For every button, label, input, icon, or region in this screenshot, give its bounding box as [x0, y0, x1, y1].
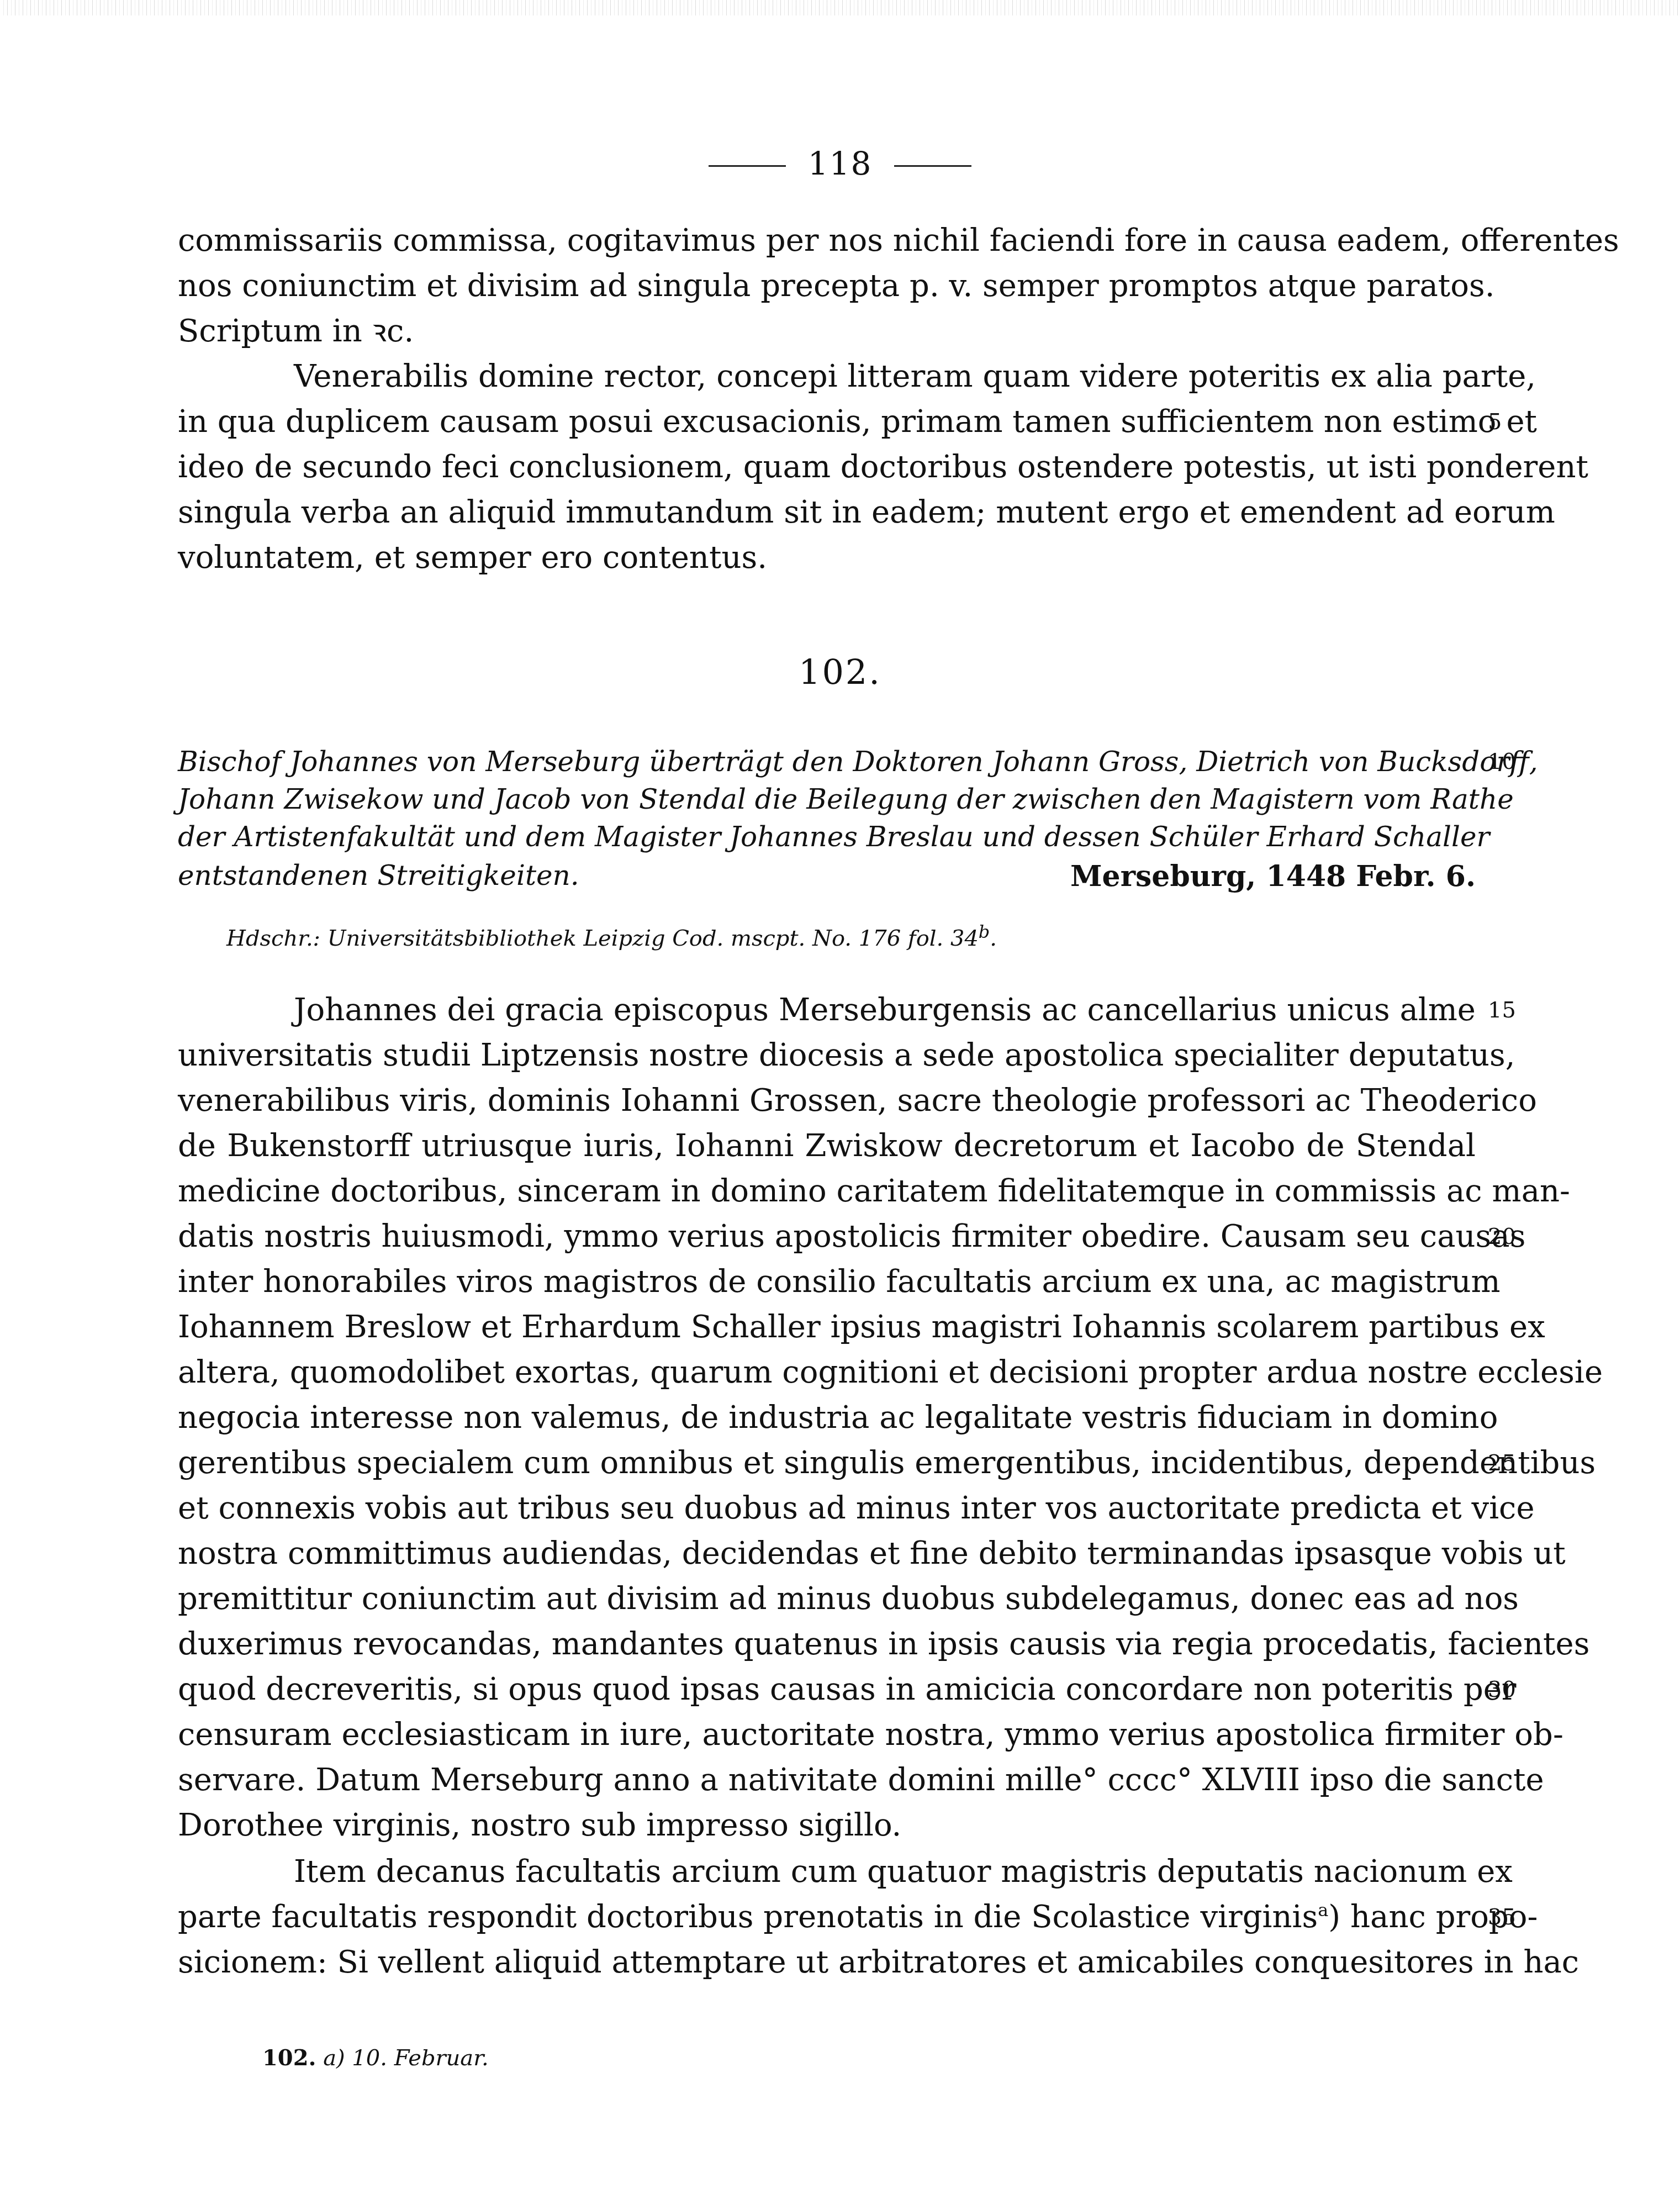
text-line: nos coniunctim et divisim ad singula pre… [178, 263, 1476, 309]
page-number-text: 118 [808, 145, 873, 182]
body-line: censuram ecclesiasticam in iure, auctori… [178, 1712, 1476, 1758]
text-line: voluntatem, et semper ero contentus. [178, 535, 1476, 581]
line-number: 10 [1488, 739, 1516, 784]
body-text: parte facultatis respondit doctoribus pr… [178, 1899, 1318, 1935]
text-line: commissariis commissa, cogitavimus per n… [178, 218, 1476, 263]
body-line: gerentibus specialem cum omnibus et sing… [178, 1441, 1476, 1486]
manuscript-end: . [990, 926, 997, 951]
text-line: Venerabilis domine rector, concepi litte… [178, 354, 1476, 399]
text-line: Scriptum in ꝛc. [178, 309, 1476, 354]
body-line: inter honorabiles viros magistros de con… [178, 1259, 1476, 1305]
footnote: 102. a) 10. Februar. [262, 2045, 489, 2071]
body-line: universitatis studii Liptzensis nostre d… [178, 1033, 1476, 1078]
body-line: Item decanus facultatis arcium cum quatu… [178, 1849, 1476, 1895]
entry-number-heading: 102. [0, 652, 1680, 692]
body-line: venerabilibus viris, dominis Iohanni Gro… [178, 1078, 1476, 1123]
line-number: 25 [1488, 1441, 1516, 1486]
scan-noise-top [0, 0, 1680, 15]
summary-line: entstandenen Streitigkeiten. [178, 853, 730, 898]
body-line: quod decreveritis, si opus quod ipsas ca… [178, 1667, 1476, 1712]
line-number: 5 [1488, 399, 1502, 445]
body-line: Dorothee virginis, nostro sub impresso s… [178, 1803, 1476, 1848]
manuscript-reference: Hdschr.: Universitätsbibliothek Leipzig … [226, 926, 997, 951]
line-number: 35 [1488, 1895, 1516, 1940]
footnote-text: a) 10. Februar. [323, 2045, 489, 2071]
body-line: Iohannem Breslow et Erhardum Schaller ip… [178, 1305, 1476, 1350]
body-line: premittitur coniunctim aut divisim ad mi… [178, 1576, 1476, 1622]
line-number: 15 [1488, 988, 1516, 1033]
body-line: negocia interesse non valemus, de indust… [178, 1395, 1476, 1441]
line-number: 20 [1488, 1214, 1516, 1259]
body-line: parte facultatis respondit doctoribus pr… [178, 1895, 1476, 1940]
manuscript-sup: b [979, 921, 990, 942]
body-line: nostra committimus audiendas, decidendas… [178, 1531, 1476, 1576]
place-date: Merseburg, 1448 Febr. 6. [1070, 859, 1476, 893]
text-line: singula verba an aliquid immutandum sit … [178, 490, 1476, 535]
body-line: Johannes dei gracia episcopus Merseburge… [178, 988, 1476, 1033]
footnote-ref: 102. [262, 2045, 316, 2071]
body-line: datis nostris huiusmodi, ymmo verius apo… [178, 1214, 1476, 1259]
body-line: sicionem: Si vellent aliquid attemptare … [178, 1940, 1476, 1985]
body-line: de Bukenstorff utriusque iuris, Iohanni … [178, 1123, 1476, 1169]
body-line: et connexis vobis aut tribus seu duobus … [178, 1486, 1476, 1531]
body-line: servare. Datum Merseburg anno a nativita… [178, 1758, 1476, 1803]
footnote-marker: a [1318, 1900, 1328, 1921]
body-line: altera, quomodolibet exortas, quarum cog… [178, 1350, 1476, 1395]
body-line: duxerimus revocandas, mandantes quatenus… [178, 1622, 1476, 1667]
manuscript-text: Hdschr.: Universitätsbibliothek Leipzig … [226, 926, 979, 951]
page-number: 118 [0, 145, 1680, 182]
dash-left [709, 165, 786, 167]
dash-right [894, 165, 971, 167]
body-line: medicine doctoribus, sinceram in domino … [178, 1169, 1476, 1214]
line-number: 30 [1488, 1667, 1516, 1712]
text-line: ideo de secundo feci conclusionem, quam … [178, 445, 1476, 490]
text-line: in qua duplicem causam posui excusacioni… [178, 399, 1476, 445]
